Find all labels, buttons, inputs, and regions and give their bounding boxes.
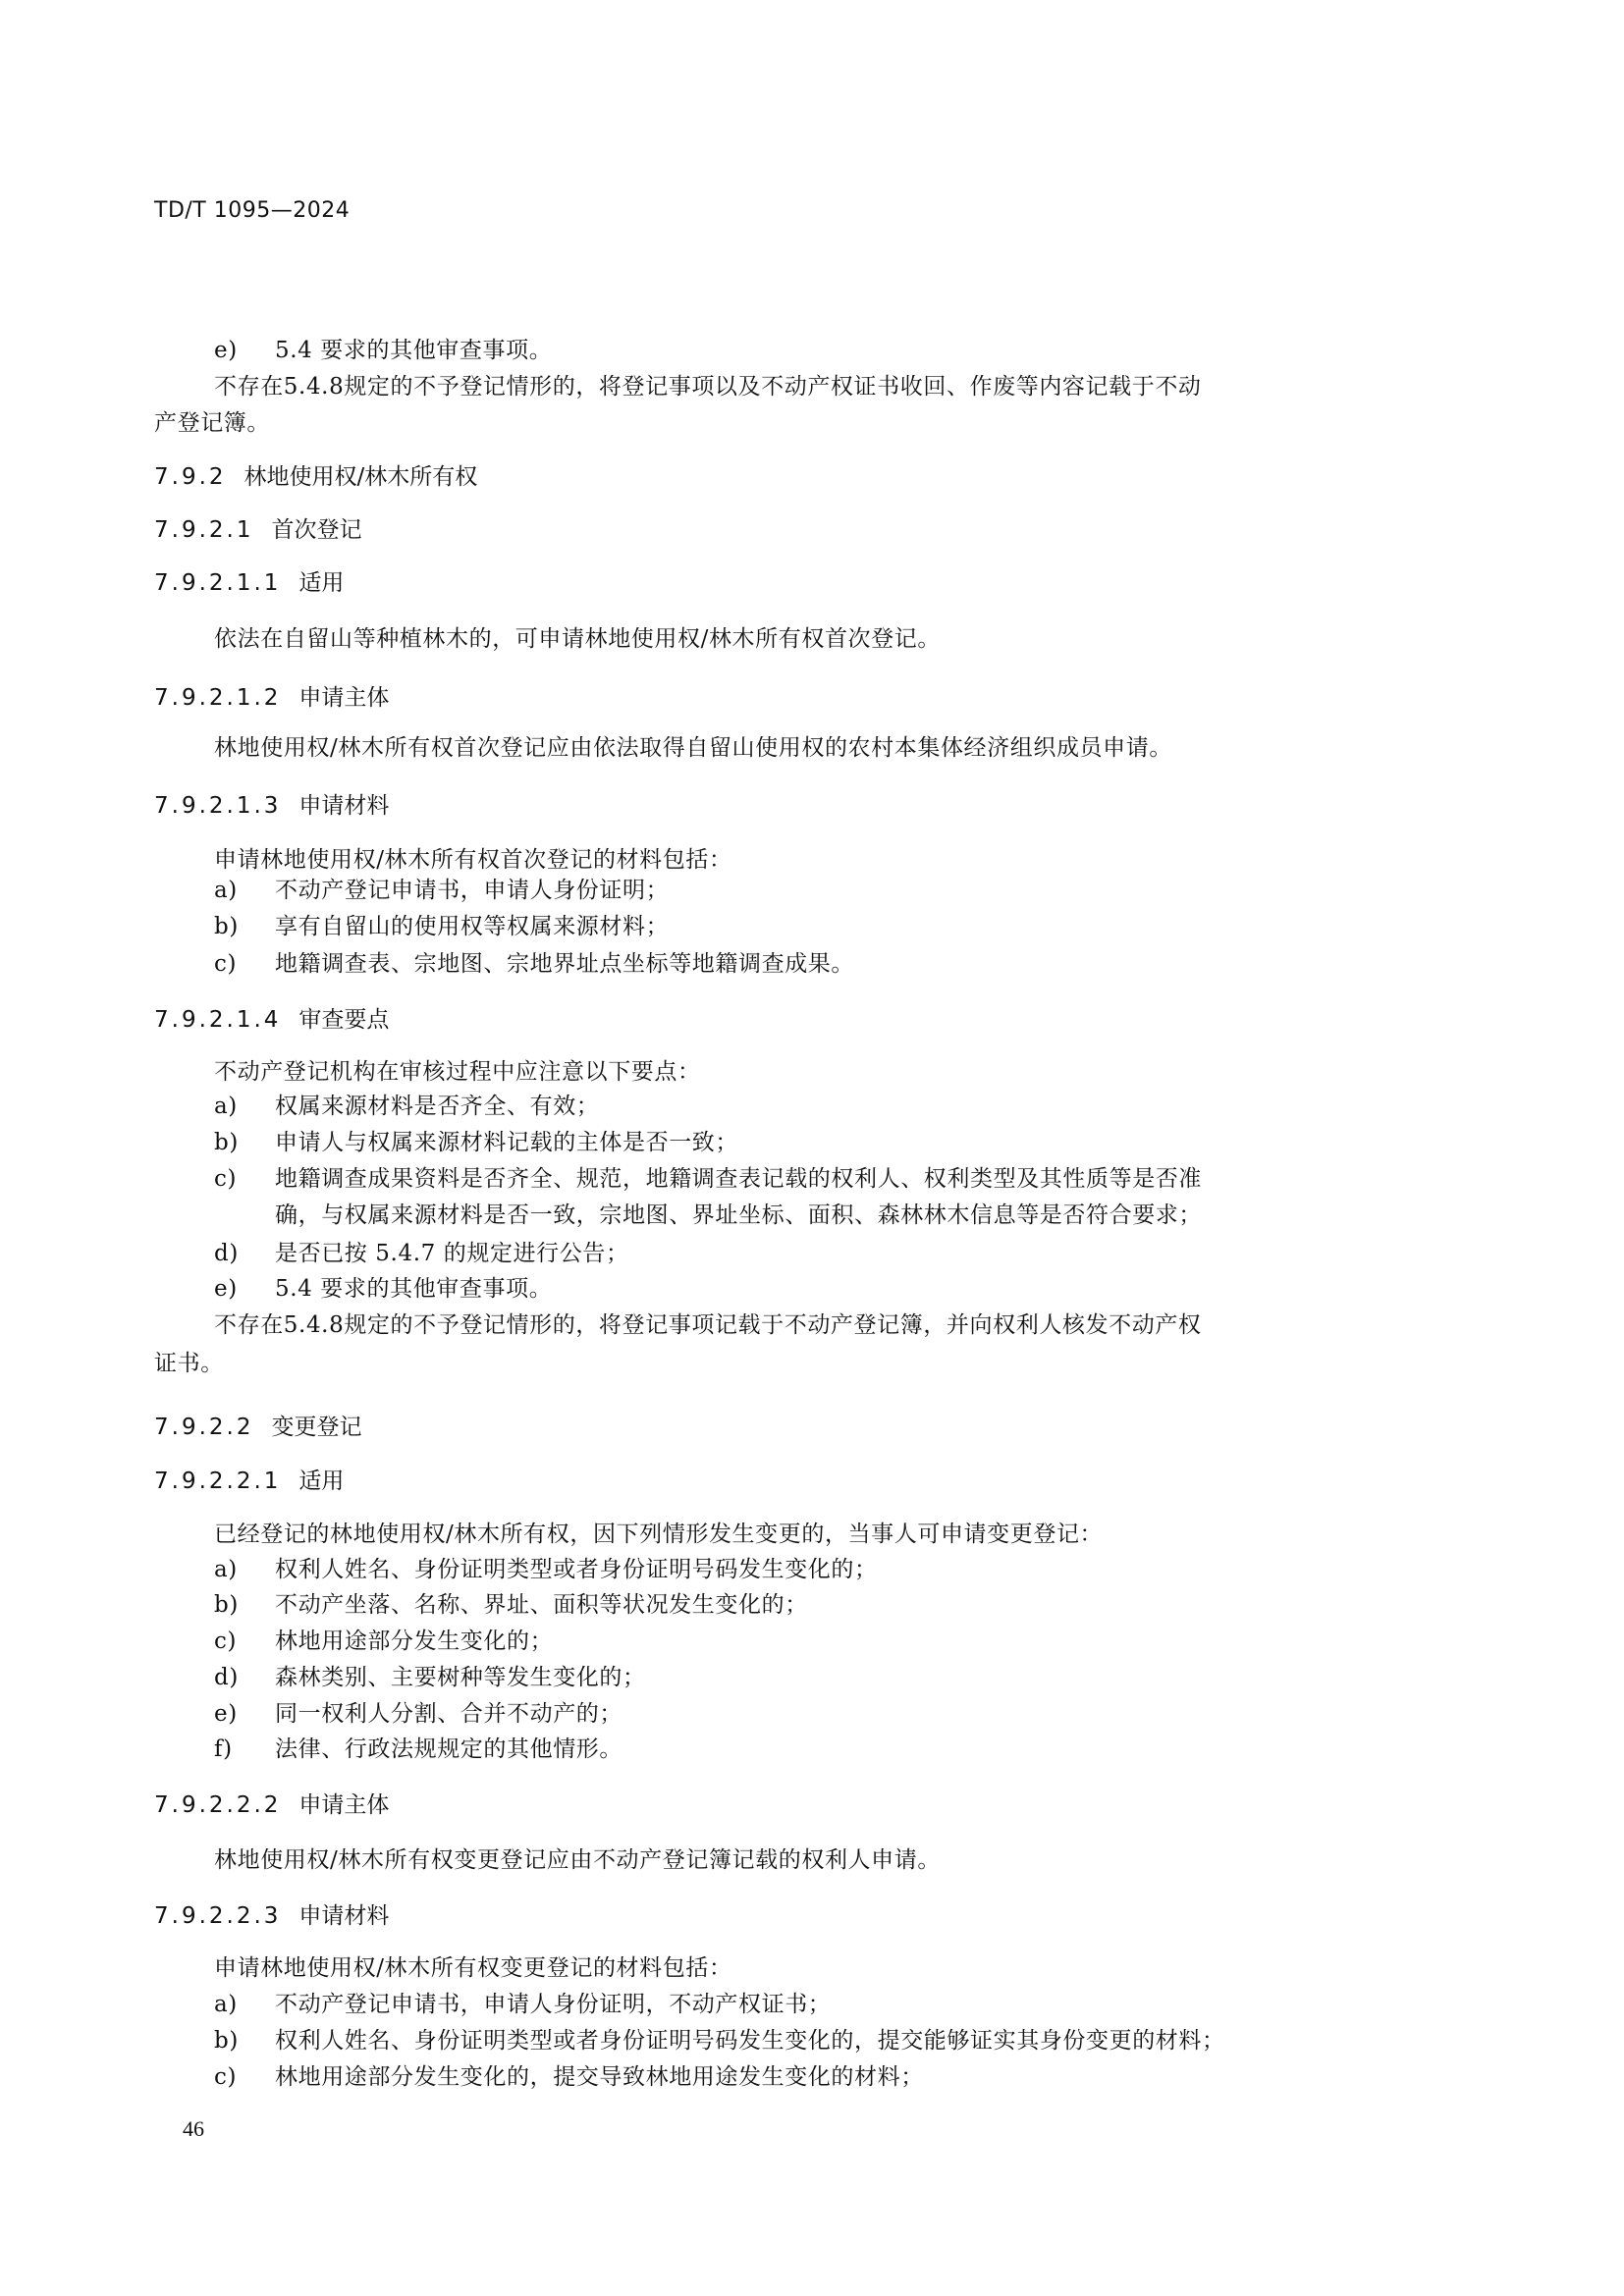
section-title: 适用 <box>298 1468 344 1494</box>
section-title: 审查要点 <box>298 1007 389 1033</box>
list-text: 享有自留山的使用权等权属来源材料； <box>275 914 669 939</box>
page-number: 46 <box>183 2118 204 2140</box>
list-text: 权利人姓名、身份证明类型或者身份证明号码发生变化的，提交能够证实其身份变更的材料… <box>275 2028 1225 2054</box>
list-item: b)不动产坐落、名称、界址、面积等状况发生变化的； <box>214 1594 808 1617</box>
section-number: 7.9.2 <box>154 464 227 490</box>
list-item: c)林地用途部分发生变化的，提交导致林地用途发生变化的材料； <box>214 2066 924 2089</box>
section-heading: 7.9.2.1.2申请主体 <box>154 687 389 710</box>
list-label: a) <box>214 1095 275 1118</box>
section-title: 变更登记 <box>271 1415 361 1440</box>
section-title: 申请材料 <box>298 793 389 819</box>
list-label: c) <box>214 1630 275 1653</box>
list-label: b) <box>214 2030 275 2053</box>
list-item: c)地籍调查表、宗地图、宗地界址点坐标等地籍调查成果。 <box>214 953 854 976</box>
list-text: 权利人姓名、身份证明类型或者身份证明号码发生变化的； <box>275 1557 878 1582</box>
list-text: 是否已按 5.4.7 的规定进行公告； <box>275 1241 629 1266</box>
list-item-continuation: 确，与权属来源材料是否一致，宗地图、界址坐标、面积、森林林木信息等是否符合要求； <box>275 1204 1202 1227</box>
list-text: 地籍调查成果资料是否齐全、规范，地籍调查表记载的权利人、权利类型及其性质等是否准 <box>275 1166 1202 1192</box>
list-item: a)不动产登记申请书，申请人身份证明，不动产权证书； <box>214 1994 831 2016</box>
section-number: 7.9.2.1.3 <box>154 793 281 819</box>
paragraph: 依法在自留山等种植林木的，可申请林地使用权/林木所有权首次登记。 <box>214 628 941 651</box>
section-heading: 7.9.2.2变更登记 <box>154 1416 361 1439</box>
document-id-header: TD/T 1095—2024 <box>154 200 350 222</box>
list-text: 法律、行政法规规定的其他情形。 <box>275 1736 623 1762</box>
list-item: b)申请人与权属来源材料记载的主体是否一致； <box>214 1132 738 1154</box>
list-label: a) <box>214 880 275 902</box>
list-label: b) <box>214 1132 275 1154</box>
section-heading: 7.9.2.1首次登记 <box>154 519 361 542</box>
section-number: 7.9.2.2.2 <box>154 1792 281 1818</box>
list-text: 不动产登记申请书，申请人身份证明； <box>275 878 669 903</box>
list-item: e)5.4 要求的其他审查事项。 <box>214 340 552 362</box>
section-number: 7.9.2.1 <box>154 517 253 543</box>
document-page: TD/T 1095—2024 e)5.4 要求的其他审查事项。 不存在5.4.8… <box>0 0 1624 2296</box>
list-text: 5.4 要求的其他审查事项。 <box>275 338 552 363</box>
list-item: a)权属来源材料是否齐全、有效； <box>214 1095 599 1118</box>
list-item: f)法律、行政法规规定的其他情形。 <box>214 1738 623 1761</box>
section-number: 7.9.2.1.1 <box>154 570 281 596</box>
paragraph: 不存在5.4.8规定的不予登记情形的，将登记事项记载于不动产登记簿，并向权利人核… <box>214 1314 1202 1337</box>
section-number: 7.9.2.2 <box>154 1415 253 1440</box>
list-text: 5.4 要求的其他审查事项。 <box>275 1276 552 1302</box>
section-heading: 7.9.2.2.1适用 <box>154 1470 344 1493</box>
section-heading: 7.9.2林地使用权/林木所有权 <box>154 466 477 489</box>
section-heading: 7.9.2.1.3申请材料 <box>154 795 389 818</box>
list-item: c)地籍调查成果资料是否齐全、规范，地籍调查表记载的权利人、权利类型及其性质等是… <box>214 1168 1202 1191</box>
list-label: a) <box>214 1994 275 2016</box>
paragraph: 林地使用权/林木所有权变更登记应由不动产登记簿记载的权利人申请。 <box>214 1849 941 1872</box>
list-item: a)不动产登记申请书，申请人身份证明； <box>214 880 669 902</box>
list-text: 地籍调查表、宗地图、宗地界址点坐标等地籍调查成果。 <box>275 951 854 977</box>
paragraph: 不动产登记机构在审核过程中应注意以下要点： <box>214 1061 701 1084</box>
paragraph-continuation: 证书。 <box>154 1353 224 1375</box>
paragraph: 已经登记的林地使用权/林木所有权，因下列情形发生变更的，当事人可申请变更登记： <box>214 1523 1103 1546</box>
section-title: 首次登记 <box>271 517 361 543</box>
section-title: 申请主体 <box>298 1792 389 1818</box>
list-item: d)森林类别、主要树种等发生变化的； <box>214 1667 646 1689</box>
list-text: 不动产登记申请书，申请人身份证明，不动产权证书； <box>275 1992 831 2017</box>
paragraph-continuation: 产登记簿。 <box>154 412 270 435</box>
list-text: 林地用途部分发生变化的； <box>275 1629 553 1654</box>
section-number: 7.9.2.1.4 <box>154 1007 281 1033</box>
list-label: c) <box>214 1168 275 1191</box>
list-item: b)享有自留山的使用权等权属来源材料； <box>214 916 669 938</box>
list-text: 不动产坐落、名称、界址、面积等状况发生变化的； <box>275 1592 808 1618</box>
list-text: 森林类别、主要树种等发生变化的； <box>275 1665 646 1690</box>
list-label: b) <box>214 1594 275 1617</box>
section-heading: 7.9.2.2.3申请材料 <box>154 1905 389 1928</box>
section-title: 申请主体 <box>298 685 389 711</box>
paragraph: 申请林地使用权/林木所有权首次登记的材料包括： <box>214 849 732 872</box>
paragraph: 申请林地使用权/林木所有权变更登记的材料包括： <box>214 1957 732 1980</box>
list-label: a) <box>214 1559 275 1581</box>
list-label: d) <box>214 1667 275 1689</box>
list-label: c) <box>214 953 275 976</box>
paragraph: 林地使用权/林木所有权首次登记应由依法取得自留山使用权的农村本集体经济组织成员申… <box>214 737 1172 760</box>
section-heading: 7.9.2.2.2申请主体 <box>154 1794 389 1817</box>
section-title: 适用 <box>298 570 344 596</box>
paragraph: 不存在5.4.8规定的不予登记情形的，将登记事项以及不动产权证书收回、作废等内容… <box>214 376 1202 399</box>
list-text: 权属来源材料是否齐全、有效； <box>275 1094 599 1119</box>
list-label: e) <box>214 340 275 362</box>
section-number: 7.9.2.2.1 <box>154 1468 281 1494</box>
list-item: d)是否已按 5.4.7 的规定进行公告； <box>214 1243 629 1265</box>
list-item: e)5.4 要求的其他审查事项。 <box>214 1278 552 1301</box>
list-label: d) <box>214 1243 275 1265</box>
section-heading: 7.9.2.1.1适用 <box>154 572 344 595</box>
list-text: 林地用途部分发生变化的，提交导致林地用途发生变化的材料； <box>275 2064 924 2090</box>
list-label: b) <box>214 916 275 938</box>
list-item: a)权利人姓名、身份证明类型或者身份证明号码发生变化的； <box>214 1559 878 1581</box>
section-number: 7.9.2.1.2 <box>154 685 281 711</box>
section-heading: 7.9.2.1.4审查要点 <box>154 1009 389 1032</box>
list-label: c) <box>214 2066 275 2089</box>
list-item: c)林地用途部分发生变化的； <box>214 1630 553 1653</box>
list-item: b)权利人姓名、身份证明类型或者身份证明号码发生变化的，提交能够证实其身份变更的… <box>214 2030 1225 2053</box>
list-label: e) <box>214 1703 275 1726</box>
section-title: 林地使用权/林木所有权 <box>244 464 478 490</box>
list-text: 申请人与权属来源材料记载的主体是否一致； <box>275 1130 738 1155</box>
list-item: e)同一权利人分割、合并不动产的； <box>214 1703 623 1726</box>
list-label: e) <box>214 1278 275 1301</box>
list-text: 同一权利人分割、合并不动产的； <box>275 1701 623 1727</box>
section-title: 申请材料 <box>298 1903 389 1929</box>
list-label: f) <box>214 1738 275 1761</box>
section-number: 7.9.2.2.3 <box>154 1903 281 1929</box>
